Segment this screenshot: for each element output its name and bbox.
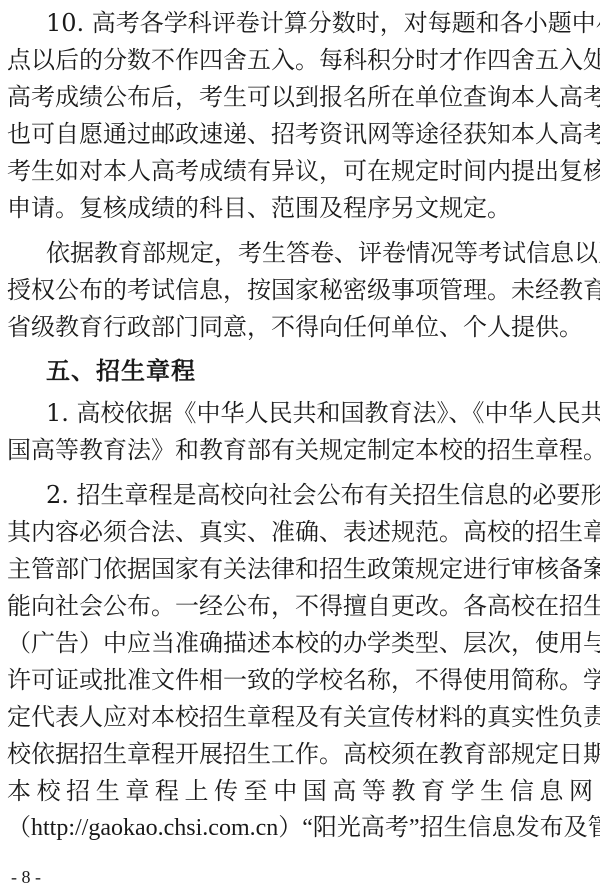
item-2-line-3: 主管部门依据国家有关法律和招生政策规定进行审核备案后方 (7, 554, 593, 584)
section-heading: 五、招生章程 (46, 356, 593, 386)
paragraph-secrecy-line-2: 授权公布的考试信息，按国家秘密级事项管理。未经教育部或 (7, 275, 593, 305)
paragraph-10-line-4: 也可自愿通过邮政速递、招考资讯网等途径获知本人高考成绩。 (7, 119, 593, 149)
paragraph-10-line-1: 10. 高考各学科评卷计算分数时，对每题和各小题中小数 (46, 8, 593, 38)
paragraph-secrecy-line-1: 依据教育部规定，考生答卷、评卷情况等考试信息以及未 (46, 238, 593, 268)
item-2-line-10-with-url: （http://gaokao.chsi.com.cn）“阳光高考”招生信息发布及… (7, 813, 593, 843)
item-2-line-8: 校依据招生章程开展招生工作。高校须在教育部规定日期前将 (7, 739, 593, 769)
item-2-line-4: 能向社会公布。一经公布，不得擅自更改。各高校在招生宣传 (7, 591, 593, 621)
paragraph-10-line-5: 考生如对本人高考成绩有异议，可在规定时间内提出复核成绩 (7, 156, 593, 186)
paragraph-secrecy-line-3: 省级教育行政部门同意，不得向任何单位、个人提供。 (7, 312, 593, 342)
paragraph-10-line-6: 申请。复核成绩的科目、范围及程序另文规定。 (7, 193, 593, 223)
item-1-line-2: 国高等教育法》和教育部有关规定制定本校的招生章程。 (7, 435, 593, 465)
item-2-line-9: 本校招生章程上传至中国高等教育学生信息网 (7, 776, 593, 806)
page-number: - 8 - (11, 866, 41, 888)
item-2-line-7: 定代表人应对本校招生章程及有关宣传材料的真实性负责。高 (7, 702, 593, 732)
item-2-line-6: 许可证或批准文件相一致的学校名称，不得使用简称。学校法 (7, 665, 593, 695)
item-1-line-1: 1. 高校依据《中华人民共和国教育法》、《中华人民共和 (46, 398, 593, 428)
paragraph-10-line-2: 点以后的分数不作四舍五入。每科积分时才作四舍五入处理。 (7, 45, 593, 75)
item-2-line-5: （广告）中应当准确描述本校的办学类型、层次，使用与办学 (7, 628, 593, 658)
item-2-line-1: 2. 招生章程是高校向社会公布有关招生信息的必要形式， (46, 480, 593, 510)
paragraph-10-line-3: 高考成绩公布后，考生可以到报名所在单位查询本人高考成绩， (7, 82, 593, 112)
document-page: 10. 高考各学科评卷计算分数时，对每题和各小题中小数 点以后的分数不作四舍五入… (0, 0, 600, 893)
item-2-line-2: 其内容必须合法、真实、准确、表述规范。高校的招生章程经 (7, 517, 593, 547)
